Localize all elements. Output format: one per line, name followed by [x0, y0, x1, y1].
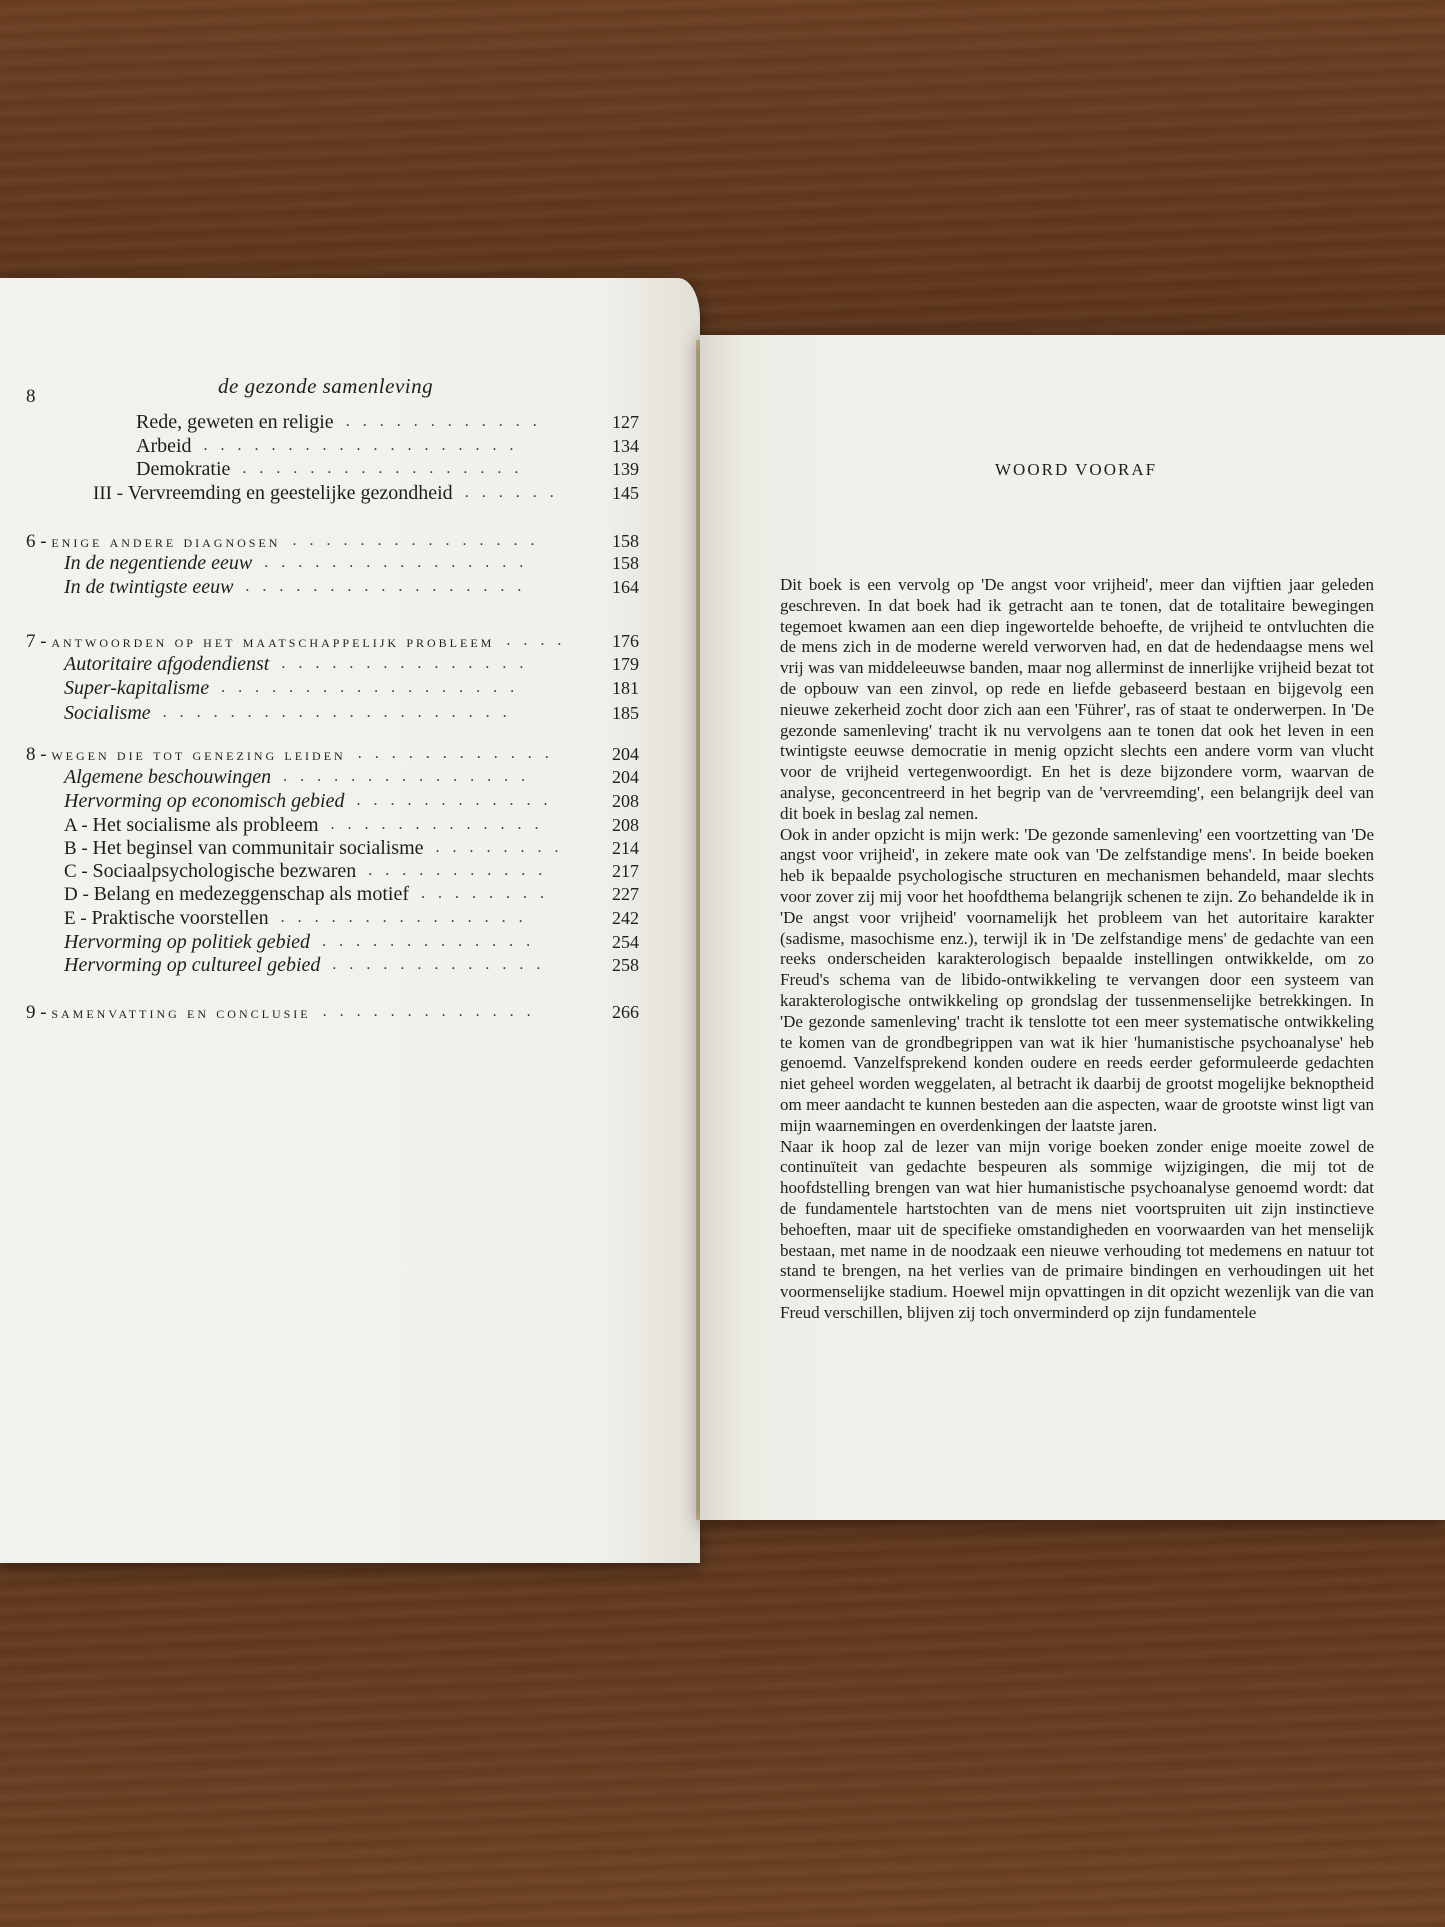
toc-entry-title: 8 - wegen die tot genezing leiden [26, 742, 346, 767]
toc-entry: Arbeid...................134 [136, 434, 640, 458]
toc-page-number: 266 [612, 1000, 639, 1024]
toc-entry-title: E - Praktische voorstellen [64, 906, 269, 931]
toc-entry-label: wegen die tot genezing leiden [51, 745, 345, 764]
toc-leader-dots: ................. [245, 575, 534, 599]
toc-entry-prefix: 9 - [26, 1002, 51, 1023]
toc-entry-title: Demokratie [136, 457, 230, 481]
toc-entry-title: B - Het beginsel van communitair sociali… [64, 836, 424, 861]
toc-entry: Hervorming op cultureel gebied..........… [64, 953, 640, 977]
toc-entry: III - Vervreemding en geestelijke gezond… [93, 481, 640, 506]
toc-entry-title: III - Vervreemding en geestelijke gezond… [93, 481, 453, 506]
toc-entry: Algemene beschouwingen...............204 [64, 765, 640, 789]
toc-leader-dots: ............. [331, 813, 552, 837]
foreword-paragraph: Ook in ander opzicht is mijn werk: 'De g… [780, 825, 1374, 1137]
toc-entry-label: Super-kapitalisme [64, 677, 209, 699]
toc-leader-dots: ............ [358, 742, 562, 766]
toc-leader-dots: ...... [465, 481, 567, 505]
toc-entry: A - Het socialisme als probleem.........… [64, 813, 640, 838]
toc-entry-label: antwoorden op het maatschappelijk proble… [51, 632, 494, 651]
chapter-heading: WOORD VOORAF [995, 460, 1157, 480]
toc-page-number: 214 [612, 836, 639, 860]
foreword-paragraph: Naar ik hoop zal de lezer van mijn vorig… [780, 1137, 1374, 1324]
toc-entry: E - Praktische voorstellen..............… [64, 906, 640, 931]
toc-page-number: 134 [612, 434, 639, 458]
toc-entry-title: Arbeid [136, 434, 192, 458]
toc-entry-title: Hervorming op politiek gebied [64, 930, 310, 954]
left-page: 8 de gezonde samenleving Rede, geweten e… [0, 278, 700, 1563]
toc-entry-label: Praktische voorstellen [91, 907, 268, 929]
toc-entry-label: In de twintigste eeuw [64, 576, 233, 598]
toc-leader-dots: ............... [283, 765, 538, 789]
toc-leader-dots: .... [506, 629, 574, 653]
toc-entry-title: D - Belang en medezeggenschap als motief [64, 882, 409, 907]
toc-entry-title: Algemene beschouwingen [64, 765, 271, 789]
toc-entry-title: Socialisme [64, 701, 151, 725]
toc-entry-title: Hervorming op cultureel gebied [64, 953, 320, 977]
toc-page-number: 227 [612, 882, 639, 906]
toc-entry-prefix: D - [64, 884, 94, 905]
toc-entry-title: Rede, geweten en religie [136, 410, 334, 434]
toc-entry-title: C - Sociaalpsychologische bezwaren [64, 859, 356, 884]
toc-page-number: 208 [612, 813, 639, 837]
toc-entry-prefix: C - [64, 861, 93, 882]
toc-entry-label: enige andere diagnosen [51, 532, 280, 551]
toc-leader-dots: ........ [436, 836, 572, 860]
toc-entry-label: Vervreemding en geestelijke gezondheid [128, 482, 453, 504]
toc-leader-dots: ............ [357, 789, 561, 813]
toc-leader-dots: ............... [281, 906, 536, 930]
toc-entry-label: Algemene beschouwingen [64, 766, 271, 788]
toc-entry: B - Het beginsel van communitair sociali… [64, 836, 640, 861]
toc-entry-label: Hervorming op cultureel gebied [64, 954, 320, 976]
toc-entry: 9 - samenvatting en conclusie...........… [26, 1000, 640, 1025]
toc-entry: Rede, geweten en religie............127 [136, 410, 640, 434]
toc-page-number: 208 [612, 789, 639, 813]
toc-page-number: 127 [612, 410, 639, 434]
toc-entry-prefix: E - [64, 908, 91, 929]
toc-entry-label: Hervorming op politiek gebied [64, 931, 310, 953]
toc-page-number: 158 [612, 529, 639, 553]
toc-leader-dots: ................ [264, 551, 536, 575]
toc-leader-dots: ..................... [163, 701, 520, 725]
toc-leader-dots: ............... [292, 529, 547, 553]
toc-page-number: 181 [612, 676, 639, 700]
toc-page-number: 254 [612, 930, 639, 954]
toc-entry-label: Autoritaire afgodendienst [64, 653, 269, 675]
toc-entry-label: Belang en medezeggenschap als motief [94, 883, 409, 905]
toc-entry-label: In de negentiende eeuw [64, 552, 252, 574]
toc-entry-label: Rede, geweten en religie [136, 411, 334, 433]
toc-entry: 7 - antwoorden op het maatschappelijk pr… [26, 629, 640, 654]
foreword-paragraph: Dit boek is een vervolg op 'De angst voo… [780, 575, 1374, 825]
toc-entry: C - Sociaalpsychologische bezwaren......… [64, 859, 640, 884]
toc-page-number: 164 [612, 575, 639, 599]
toc-entry-prefix: 6 - [26, 531, 51, 552]
toc-entry-title: Super-kapitalisme [64, 676, 209, 700]
toc-leader-dots: ................. [242, 457, 531, 481]
toc-page-number: 185 [612, 701, 639, 725]
toc-entry-label: Het socialisme als probleem [93, 814, 319, 836]
toc-entry-label: Demokratie [136, 458, 230, 480]
toc-entry-label: Arbeid [136, 435, 192, 457]
toc-entry-title: Autoritaire afgodendienst [64, 652, 269, 676]
toc-entry-prefix: 8 - [26, 744, 51, 765]
toc-entry-title: Hervorming op economisch gebied [64, 789, 345, 813]
toc-entry: In de negentiende eeuw................15… [64, 551, 640, 575]
toc-page-number: 217 [612, 859, 639, 883]
toc-page-number: 179 [612, 652, 639, 676]
toc-entry-title: 7 - antwoorden op het maatschappelijk pr… [26, 629, 494, 654]
toc-leader-dots: .................. [221, 676, 527, 700]
toc-entry-prefix: B - [64, 838, 93, 859]
toc-page-number: 139 [612, 457, 639, 481]
toc-entry-title: 9 - samenvatting en conclusie [26, 1000, 311, 1025]
toc-page-number: 145 [612, 481, 639, 505]
toc-leader-dots: ............. [323, 1000, 544, 1024]
toc-entry: Super-kapitalisme..................181 [64, 676, 640, 700]
toc-entry-label: Socialisme [64, 702, 151, 724]
running-head-title: de gezonde samenleving [218, 374, 433, 399]
toc-entry-prefix: A - [64, 815, 93, 836]
page-number: 8 [26, 386, 36, 408]
toc-page-number: 258 [612, 953, 639, 977]
toc-entry: Demokratie.................139 [136, 457, 640, 481]
toc-leader-dots: ............. [332, 953, 553, 977]
toc-entry: Hervorming op economisch gebied.........… [64, 789, 640, 813]
toc-entry: 8 - wegen die tot genezing leiden.......… [26, 742, 640, 767]
toc-entry: Hervorming op politiek gebied...........… [64, 930, 640, 954]
toc-entry: Autoritaire afgodendienst...............… [64, 652, 640, 676]
toc-entry: D - Belang en medezeggenschap als motief… [64, 882, 640, 907]
toc-entry-title: In de twintigste eeuw [64, 575, 233, 599]
foreword-body: Dit boek is een vervolg op 'De angst voo… [780, 575, 1374, 1324]
toc-leader-dots: ........ [421, 882, 557, 906]
toc-entry-prefix: III - [93, 483, 128, 504]
toc-entry-label: Het beginsel van communitair socialisme [93, 837, 424, 859]
toc-page-number: 242 [612, 906, 639, 930]
toc-leader-dots: ............... [281, 652, 536, 676]
toc-entry-title: A - Het socialisme als probleem [64, 813, 319, 838]
toc-leader-dots: ............. [322, 930, 543, 954]
toc-entry-label: samenvatting en conclusie [51, 1003, 310, 1022]
toc-entry-label: Sociaalpsychologische bezwaren [93, 860, 357, 882]
toc-entry-title: In de negentiende eeuw [64, 551, 252, 575]
toc-page-number: 158 [612, 551, 639, 575]
toc-entry-label: Hervorming op economisch gebied [64, 790, 345, 812]
toc-leader-dots: ................... [204, 434, 527, 458]
toc-entry: Socialisme.....................185 [64, 701, 640, 725]
toc-entry-prefix: 7 - [26, 631, 51, 652]
toc-entry: In de twintigste eeuw.................16… [64, 575, 640, 599]
toc-page-number: 204 [612, 742, 639, 766]
toc-page-number: 176 [612, 629, 639, 653]
toc-leader-dots: ........... [368, 859, 555, 883]
toc-leader-dots: ............ [346, 410, 550, 434]
toc-page-number: 204 [612, 765, 639, 789]
